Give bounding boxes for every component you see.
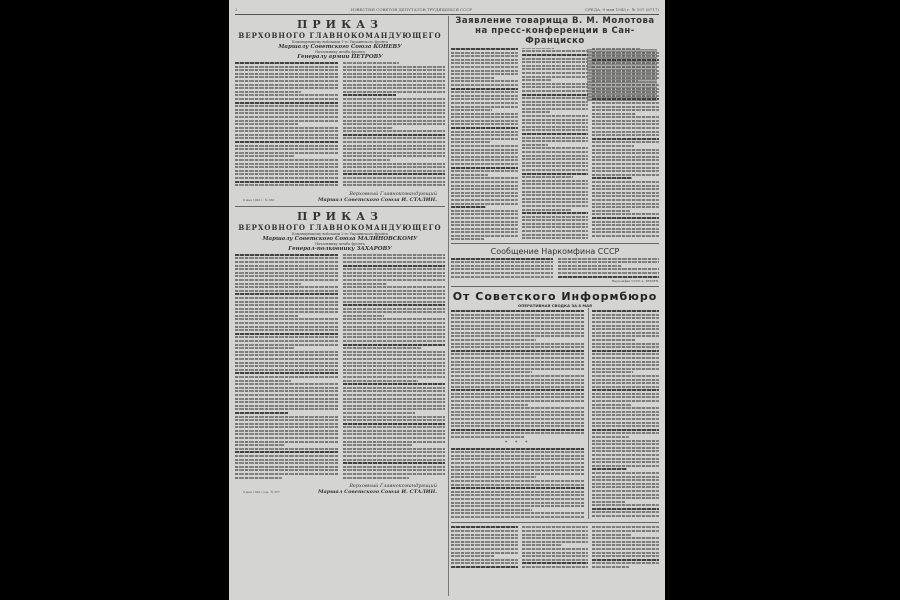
text-line (235, 163, 338, 165)
text-line (592, 310, 659, 312)
text-line (592, 393, 659, 395)
text-line (522, 86, 589, 88)
text-line (343, 279, 446, 281)
text-line (592, 425, 659, 427)
divider (451, 286, 659, 287)
text-line (451, 113, 518, 115)
text-line (522, 122, 589, 124)
text-line (592, 353, 659, 355)
molotov-statement: Заявление товарища В. М. Молотова на пре… (451, 16, 659, 240)
text-line (522, 201, 589, 203)
text-line (235, 433, 338, 435)
text-line (451, 505, 584, 507)
text-line (451, 268, 553, 270)
text-line (451, 84, 518, 86)
text-line (522, 76, 589, 78)
text-line (522, 54, 589, 56)
text-line (592, 468, 627, 470)
text-line (451, 566, 518, 568)
text-line (451, 335, 584, 337)
text-line (343, 401, 446, 403)
newspaper-page: 2 ИЗВЕСТИЯ СОВЕТОВ ДЕПУТАТОВ ТРУДЯЩИХСЯ … (229, 0, 665, 600)
text-line (343, 441, 446, 443)
text-line (522, 90, 589, 92)
text-line (451, 455, 584, 457)
text-line (522, 205, 589, 207)
text-line (522, 72, 589, 74)
text-line (522, 191, 589, 193)
order-1-subtitle: ВЕРХОВНОГО ГЛАВНОКОМАНДУЮЩЕГО (235, 31, 445, 40)
text-line (235, 448, 338, 450)
text-line (522, 151, 589, 153)
text-line (592, 116, 659, 118)
text-line (451, 429, 584, 431)
text-line (235, 66, 338, 68)
text-line (235, 265, 338, 267)
text-line (343, 145, 446, 147)
text-line (522, 183, 589, 185)
text-line (343, 283, 387, 285)
text-line (343, 462, 446, 464)
text-line (592, 181, 659, 183)
text-line (235, 466, 338, 468)
text-line (522, 209, 571, 211)
text-line (592, 472, 659, 474)
text-line (522, 68, 589, 70)
text-line (592, 418, 659, 420)
text-line (343, 130, 446, 132)
text-line (522, 104, 589, 106)
order-1-title: ПРИКАЗ (235, 18, 445, 31)
text-line (522, 534, 589, 536)
text-line (592, 206, 659, 208)
text-line (343, 84, 446, 86)
text-line (235, 155, 294, 157)
text-line (451, 466, 584, 468)
sovinformburo-body-2 (451, 448, 584, 520)
text-line (451, 272, 553, 274)
text-line (451, 192, 518, 194)
text-line (451, 66, 518, 68)
text-line (592, 134, 659, 136)
text-line (343, 329, 446, 331)
text-line (522, 119, 589, 121)
order-2-chief: Генерал-полковнику ЗАХАРОВУ (235, 246, 445, 252)
text-line (343, 120, 446, 122)
text-line (592, 379, 659, 381)
text-line (451, 62, 518, 64)
text-line (592, 159, 659, 161)
text-line (592, 328, 659, 330)
text-line (592, 465, 659, 467)
order-1-date: 9 мая 1945 г. № 366 (243, 198, 274, 202)
text-line (592, 127, 659, 129)
order-2: ПРИКАЗ ВЕРХОВНОГО ГЛАВНОКОМАНДУЮЩЕГО Ком… (235, 210, 445, 495)
text-line (235, 347, 294, 349)
text-line (235, 297, 338, 299)
text-line (451, 526, 518, 528)
text-line (343, 261, 446, 263)
text-line (451, 559, 518, 561)
text-line (451, 448, 584, 450)
text-line (592, 213, 659, 215)
text-line (592, 167, 659, 169)
text-line (451, 123, 518, 125)
text-line (592, 526, 659, 528)
text-line (343, 336, 446, 338)
text-line (592, 389, 659, 391)
text-line (592, 339, 635, 341)
text-line (592, 109, 659, 111)
text-line (592, 537, 659, 539)
text-line (235, 426, 338, 428)
text-line (592, 188, 659, 190)
text-line (235, 152, 338, 154)
text-line (343, 369, 446, 371)
text-line (451, 228, 518, 230)
text-line (592, 400, 659, 402)
text-line (592, 407, 659, 409)
text-line (451, 141, 490, 143)
text-line (235, 401, 338, 403)
text-line (235, 279, 338, 281)
text-line (235, 181, 338, 183)
text-line (451, 548, 518, 550)
text-line (235, 423, 338, 425)
text-line (235, 336, 338, 338)
text-line (451, 134, 518, 136)
text-line (451, 73, 518, 75)
molotov-headline-2: на пресс-конференции в Сан-Франциско (451, 26, 659, 46)
text-line (592, 541, 659, 543)
text-line (451, 116, 518, 118)
text-line (451, 321, 584, 323)
text-line (343, 372, 446, 374)
text-line (451, 476, 536, 478)
text-line (451, 328, 584, 330)
text-line (343, 376, 446, 378)
text-line (451, 52, 518, 54)
text-line (592, 486, 659, 488)
text-line (451, 418, 584, 420)
text-line (343, 159, 390, 161)
text-line (592, 414, 659, 416)
text-line (522, 173, 589, 175)
text-line (592, 106, 659, 108)
text-line (235, 387, 338, 389)
text-line (451, 353, 584, 355)
text-line (522, 162, 589, 164)
text-line (451, 537, 518, 539)
text-line (592, 199, 659, 201)
text-line (522, 83, 589, 85)
text-line (343, 254, 446, 256)
text-line (451, 276, 553, 278)
text-line (343, 152, 446, 154)
text-line (343, 477, 410, 479)
text-line (592, 382, 659, 384)
divider (451, 522, 659, 523)
order-1-signature: Маршал Советского Союза И. СТАЛИН. (318, 197, 437, 203)
text-line (558, 265, 623, 267)
text-line (235, 358, 338, 360)
text-line (592, 562, 659, 564)
text-line (592, 123, 659, 125)
text-line (235, 416, 338, 418)
text-line (592, 66, 659, 68)
order-1-body (235, 62, 445, 188)
text-line (522, 133, 589, 135)
text-line (343, 286, 446, 288)
text-line (343, 326, 446, 328)
text-line (592, 149, 659, 151)
text-line (451, 235, 518, 237)
text-line (343, 380, 419, 382)
text-line (592, 494, 659, 496)
text-line (592, 195, 659, 197)
text-line (343, 137, 446, 139)
text-line (451, 177, 518, 179)
text-line (343, 141, 446, 143)
text-line (343, 308, 446, 310)
text-line (522, 541, 589, 543)
text-line (592, 461, 659, 463)
text-line (592, 476, 659, 478)
text-line (343, 66, 446, 68)
text-line (235, 62, 338, 64)
text-line (235, 412, 288, 414)
order-2-date: 9 мая 1945 года. № 367 (243, 490, 280, 494)
text-line (451, 102, 518, 104)
text-line (592, 501, 625, 503)
text-line (343, 155, 446, 157)
text-line (235, 380, 291, 382)
text-line (451, 203, 518, 205)
text-line (235, 462, 338, 464)
text-line (343, 408, 446, 410)
text-line (451, 494, 584, 496)
text-line (522, 530, 589, 532)
text-line (592, 231, 659, 233)
text-line (592, 59, 659, 61)
text-line (451, 422, 584, 424)
right-column: Заявление товарища В. М. Молотова на пре… (451, 16, 659, 596)
text-line (235, 365, 338, 367)
text-line (451, 432, 584, 434)
text-line (451, 109, 492, 111)
text-line (343, 423, 446, 425)
text-line (522, 115, 589, 117)
text-line (451, 414, 584, 416)
text-line (522, 50, 589, 52)
text-line (451, 127, 518, 129)
text-line (343, 134, 446, 136)
text-line (451, 350, 584, 352)
text-line (451, 361, 584, 363)
text-line (522, 552, 589, 554)
text-line (592, 432, 659, 434)
text-line (343, 333, 446, 335)
text-line (235, 405, 338, 407)
text-line (235, 123, 298, 125)
text-line (451, 224, 518, 226)
text-line (235, 351, 338, 353)
text-line (522, 111, 551, 113)
text-line (592, 62, 659, 64)
text-line (451, 473, 584, 475)
text-line (451, 375, 584, 377)
text-line (592, 88, 659, 90)
text-line (235, 372, 338, 374)
text-line (592, 77, 659, 79)
text-line (522, 129, 589, 131)
text-line (592, 177, 631, 179)
narkomfin-notice: Сообщение Наркомфина СССР Наркомфин СССР… (451, 247, 659, 284)
text-line (235, 311, 338, 313)
text-line (235, 304, 338, 306)
text-line (343, 469, 446, 471)
text-line (451, 552, 518, 554)
text-line (343, 116, 446, 118)
text-line (343, 166, 446, 168)
text-line (592, 80, 637, 82)
text-line (235, 170, 338, 172)
text-line (343, 351, 446, 353)
text-line (235, 441, 338, 443)
text-line (592, 483, 659, 485)
text-line (522, 187, 589, 189)
text-line (235, 333, 338, 335)
text-line (592, 235, 659, 237)
text-line (592, 332, 659, 334)
sovinformburo-report: От Советского Информбюро ОПЕРАТИВНАЯ СВО… (451, 290, 659, 519)
text-line (592, 555, 659, 557)
text-line (451, 131, 518, 133)
text-line (558, 258, 660, 260)
text-line (522, 79, 553, 81)
text-line (343, 365, 446, 367)
text-line (592, 321, 659, 323)
molotov-headline-1: Заявление товарища В. М. Молотова (451, 16, 659, 26)
text-line (522, 526, 589, 528)
narkomfin-signature: Наркомфин СССР А. ЗВЕРЕВ. (451, 279, 659, 283)
text-line (592, 221, 659, 223)
text-line (451, 261, 553, 263)
text-line (343, 387, 446, 389)
text-line (522, 548, 589, 550)
text-line (592, 515, 659, 517)
issue-info: СРЕДА, 9 мая 1945 г. № 107 (8717) (585, 7, 659, 12)
text-line (451, 396, 584, 398)
order-2-subtitle: ВЕРХОВНОГО ГЛАВНОКОМАНДУЮЩЕГО (235, 223, 445, 232)
text-line (522, 61, 589, 63)
text-line (235, 87, 338, 89)
text-line (343, 466, 446, 468)
text-line (235, 344, 338, 346)
text-line (235, 437, 338, 439)
text-line (343, 275, 446, 277)
text-line (522, 223, 589, 225)
text-line (451, 502, 584, 504)
text-line (343, 383, 446, 385)
text-line (522, 544, 563, 546)
text-line (343, 181, 446, 183)
text-line (451, 371, 532, 373)
text-line (235, 430, 338, 432)
text-line (451, 509, 532, 511)
text-line (343, 112, 446, 114)
text-line (451, 231, 518, 233)
text-line (592, 73, 659, 75)
text-line (522, 108, 589, 110)
text-line (592, 217, 659, 219)
text-line (235, 419, 338, 421)
text-line (343, 322, 446, 324)
text-line (522, 555, 589, 557)
text-line (235, 102, 338, 104)
narkomfin-headline: Сообщение Наркомфина СССР (451, 247, 659, 256)
text-line (451, 314, 584, 316)
text-line (343, 340, 446, 342)
text-line (235, 148, 338, 150)
text-line (451, 55, 518, 57)
text-line (343, 272, 446, 274)
text-line (592, 436, 629, 438)
text-line (235, 272, 338, 274)
text-line (451, 425, 584, 427)
text-line (451, 149, 518, 151)
text-line (592, 203, 659, 205)
text-line (343, 62, 399, 64)
text-line (592, 396, 659, 398)
text-line (235, 112, 338, 114)
text-line (592, 145, 633, 147)
text-line (592, 443, 659, 445)
text-line (451, 512, 584, 514)
order-2-addressee: Маршалу Советского Союза МАЛИНОВСКОМУ (235, 236, 445, 242)
text-line (235, 166, 338, 168)
text-line (235, 329, 338, 331)
text-line (451, 530, 518, 532)
text-line (235, 318, 338, 320)
text-line (343, 297, 446, 299)
divider (451, 243, 659, 244)
paper-title: ИЗВЕСТИЯ СОВЕТОВ ДЕПУТАТОВ ТРУДЯЩИХСЯ СС… (351, 7, 472, 12)
text-line (343, 87, 446, 89)
left-column: ПРИКАЗ ВЕРХОВНОГО ГЛАВНОКОМАНДУЮЩЕГО Ком… (235, 16, 445, 596)
text-line (522, 126, 589, 128)
text-line (451, 368, 584, 370)
text-line (592, 141, 659, 143)
text-line (592, 70, 659, 72)
text-line (235, 130, 338, 132)
text-line (235, 408, 338, 410)
text-line (592, 131, 659, 133)
text-line (451, 265, 553, 267)
text-line (522, 176, 573, 178)
text-line (235, 451, 338, 453)
text-line (235, 369, 338, 371)
text-line (235, 459, 338, 461)
text-line (451, 484, 584, 486)
text-line (451, 167, 518, 169)
text-line (592, 170, 659, 172)
text-line (451, 534, 518, 536)
text-line (235, 290, 338, 292)
text-line (343, 91, 446, 93)
text-line (235, 134, 338, 136)
text-line (235, 469, 338, 471)
